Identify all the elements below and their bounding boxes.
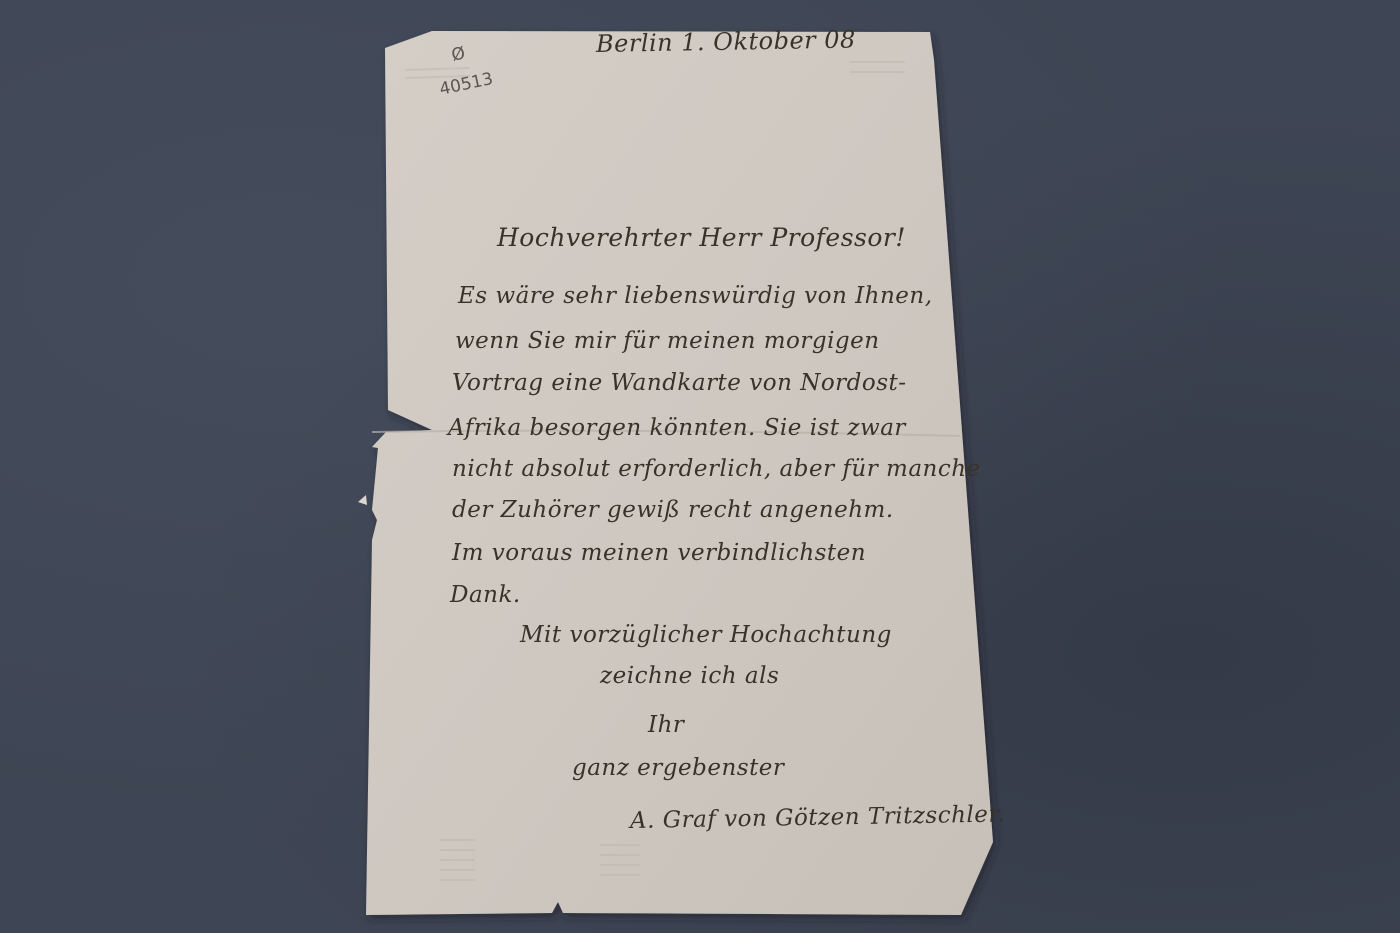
body-line-5: nicht absolut erforderlich, aber für man… [452,456,981,482]
document-photo: Ø 40513 Berlin 1. Oktober 08 Hochverehrt… [0,0,1400,933]
body-line-1: Es wäre sehr liebenswürdig von Ihnen, [458,283,933,309]
body-line-8: Dank. [450,582,521,608]
closing-line-1: Mit vorzüglicher Hochachtung [520,622,892,648]
body-line-6: der Zuhörer gewiß recht angenehm. [452,497,894,523]
dateline: Berlin 1. Oktober 08 [596,25,856,58]
body-line-4: Afrika besorgen könnten. Sie ist zwar [448,415,906,441]
body-line-7: Im voraus meinen verbindlichsten [452,540,866,566]
body-line-3: Vortrag eine Wandkarte von Nordost- [452,370,907,396]
closing-line-3: Ihr [648,712,684,738]
closing-line-4: ganz ergebenster [572,755,784,781]
closing-line-2: zeichne ich als [600,663,779,689]
body-line-2: wenn Sie mir für meinen morgigen [455,328,880,354]
salutation: Hochverehrter Herr Professor! [497,223,906,252]
